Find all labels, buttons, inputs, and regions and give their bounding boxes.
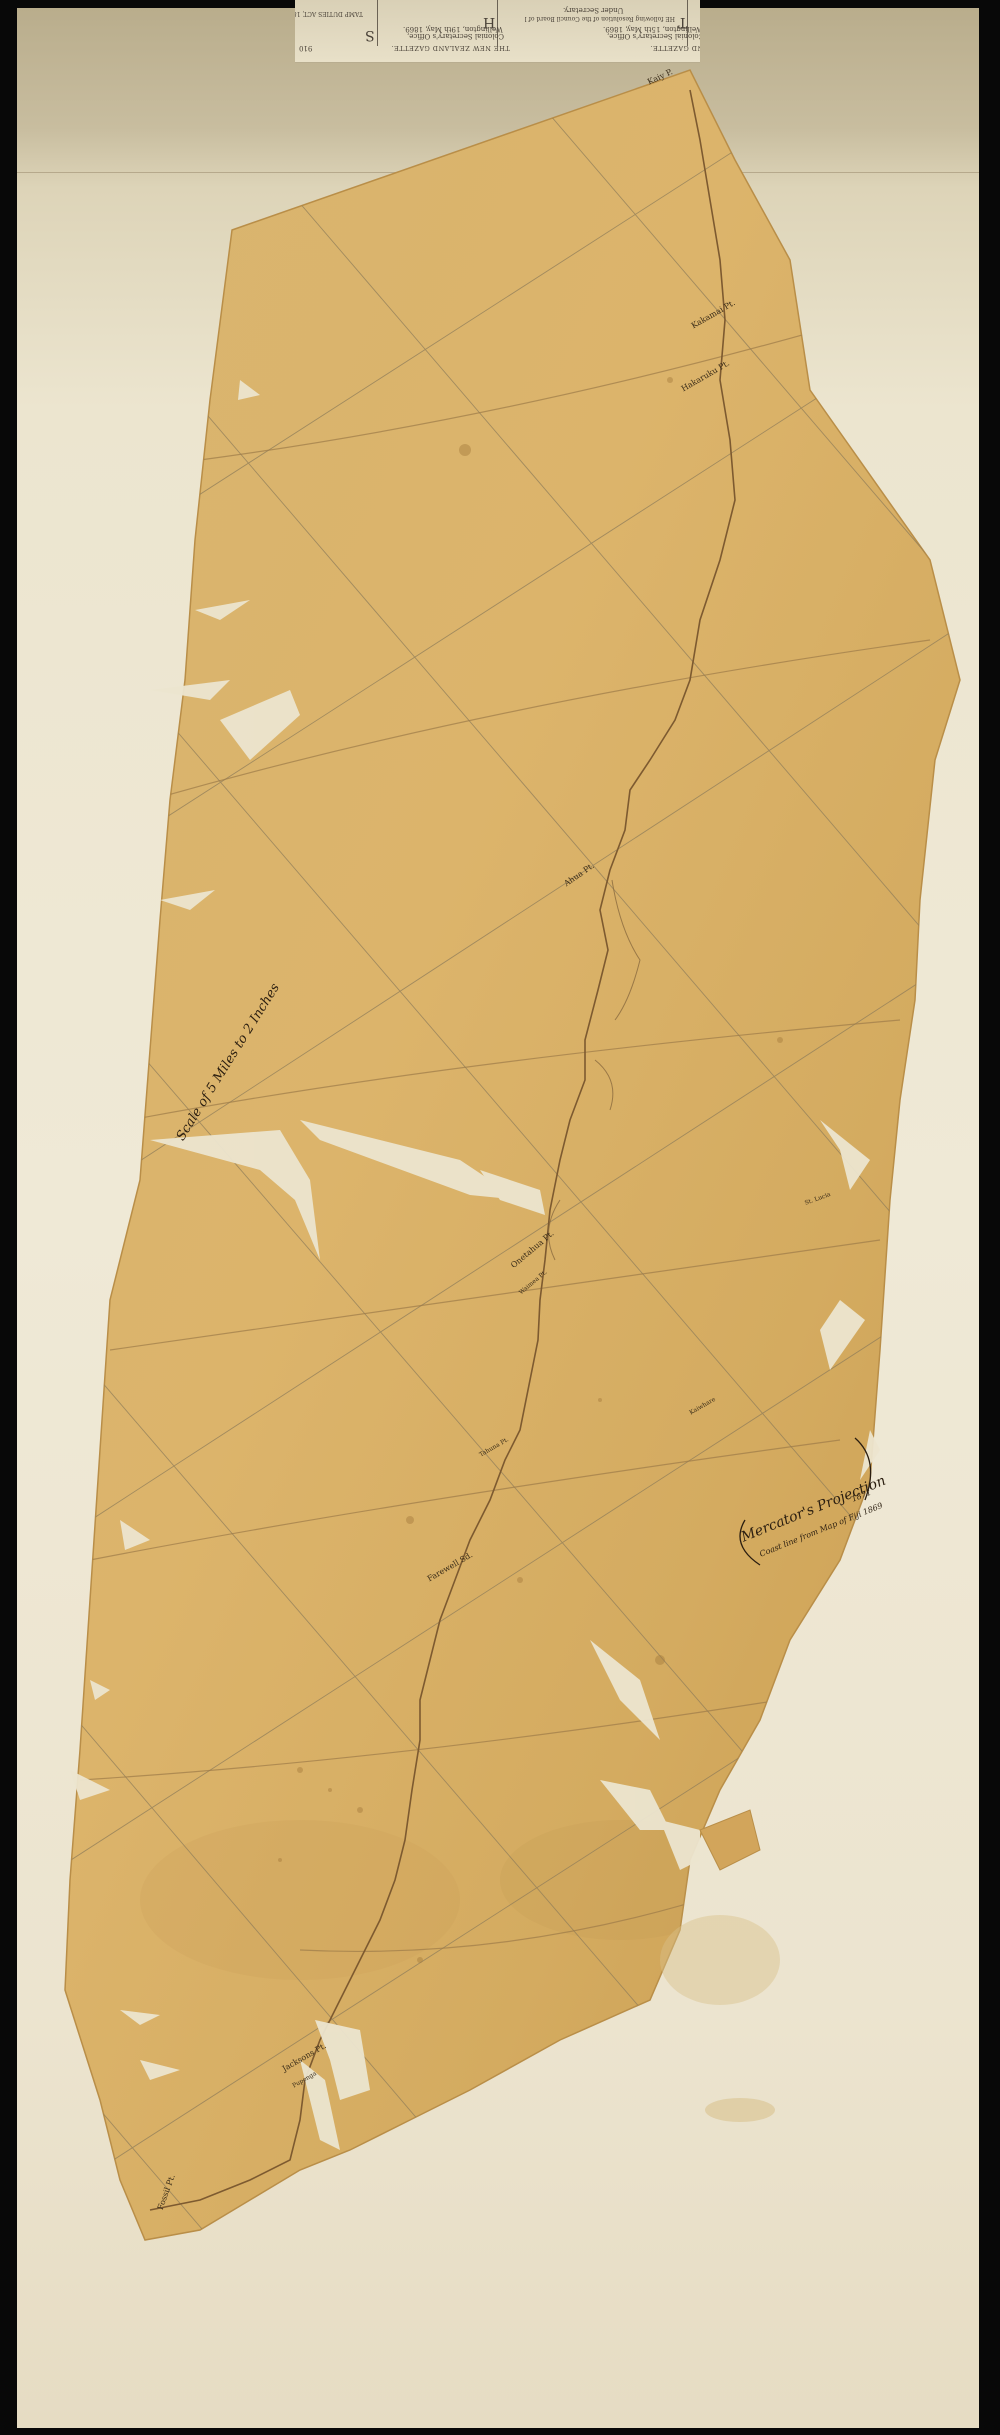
water-stain: [660, 1915, 780, 2005]
water-stain: [705, 2098, 775, 2122]
loose-paper-fragment: [700, 1810, 760, 1870]
map-drawing: [0, 0, 1000, 2435]
